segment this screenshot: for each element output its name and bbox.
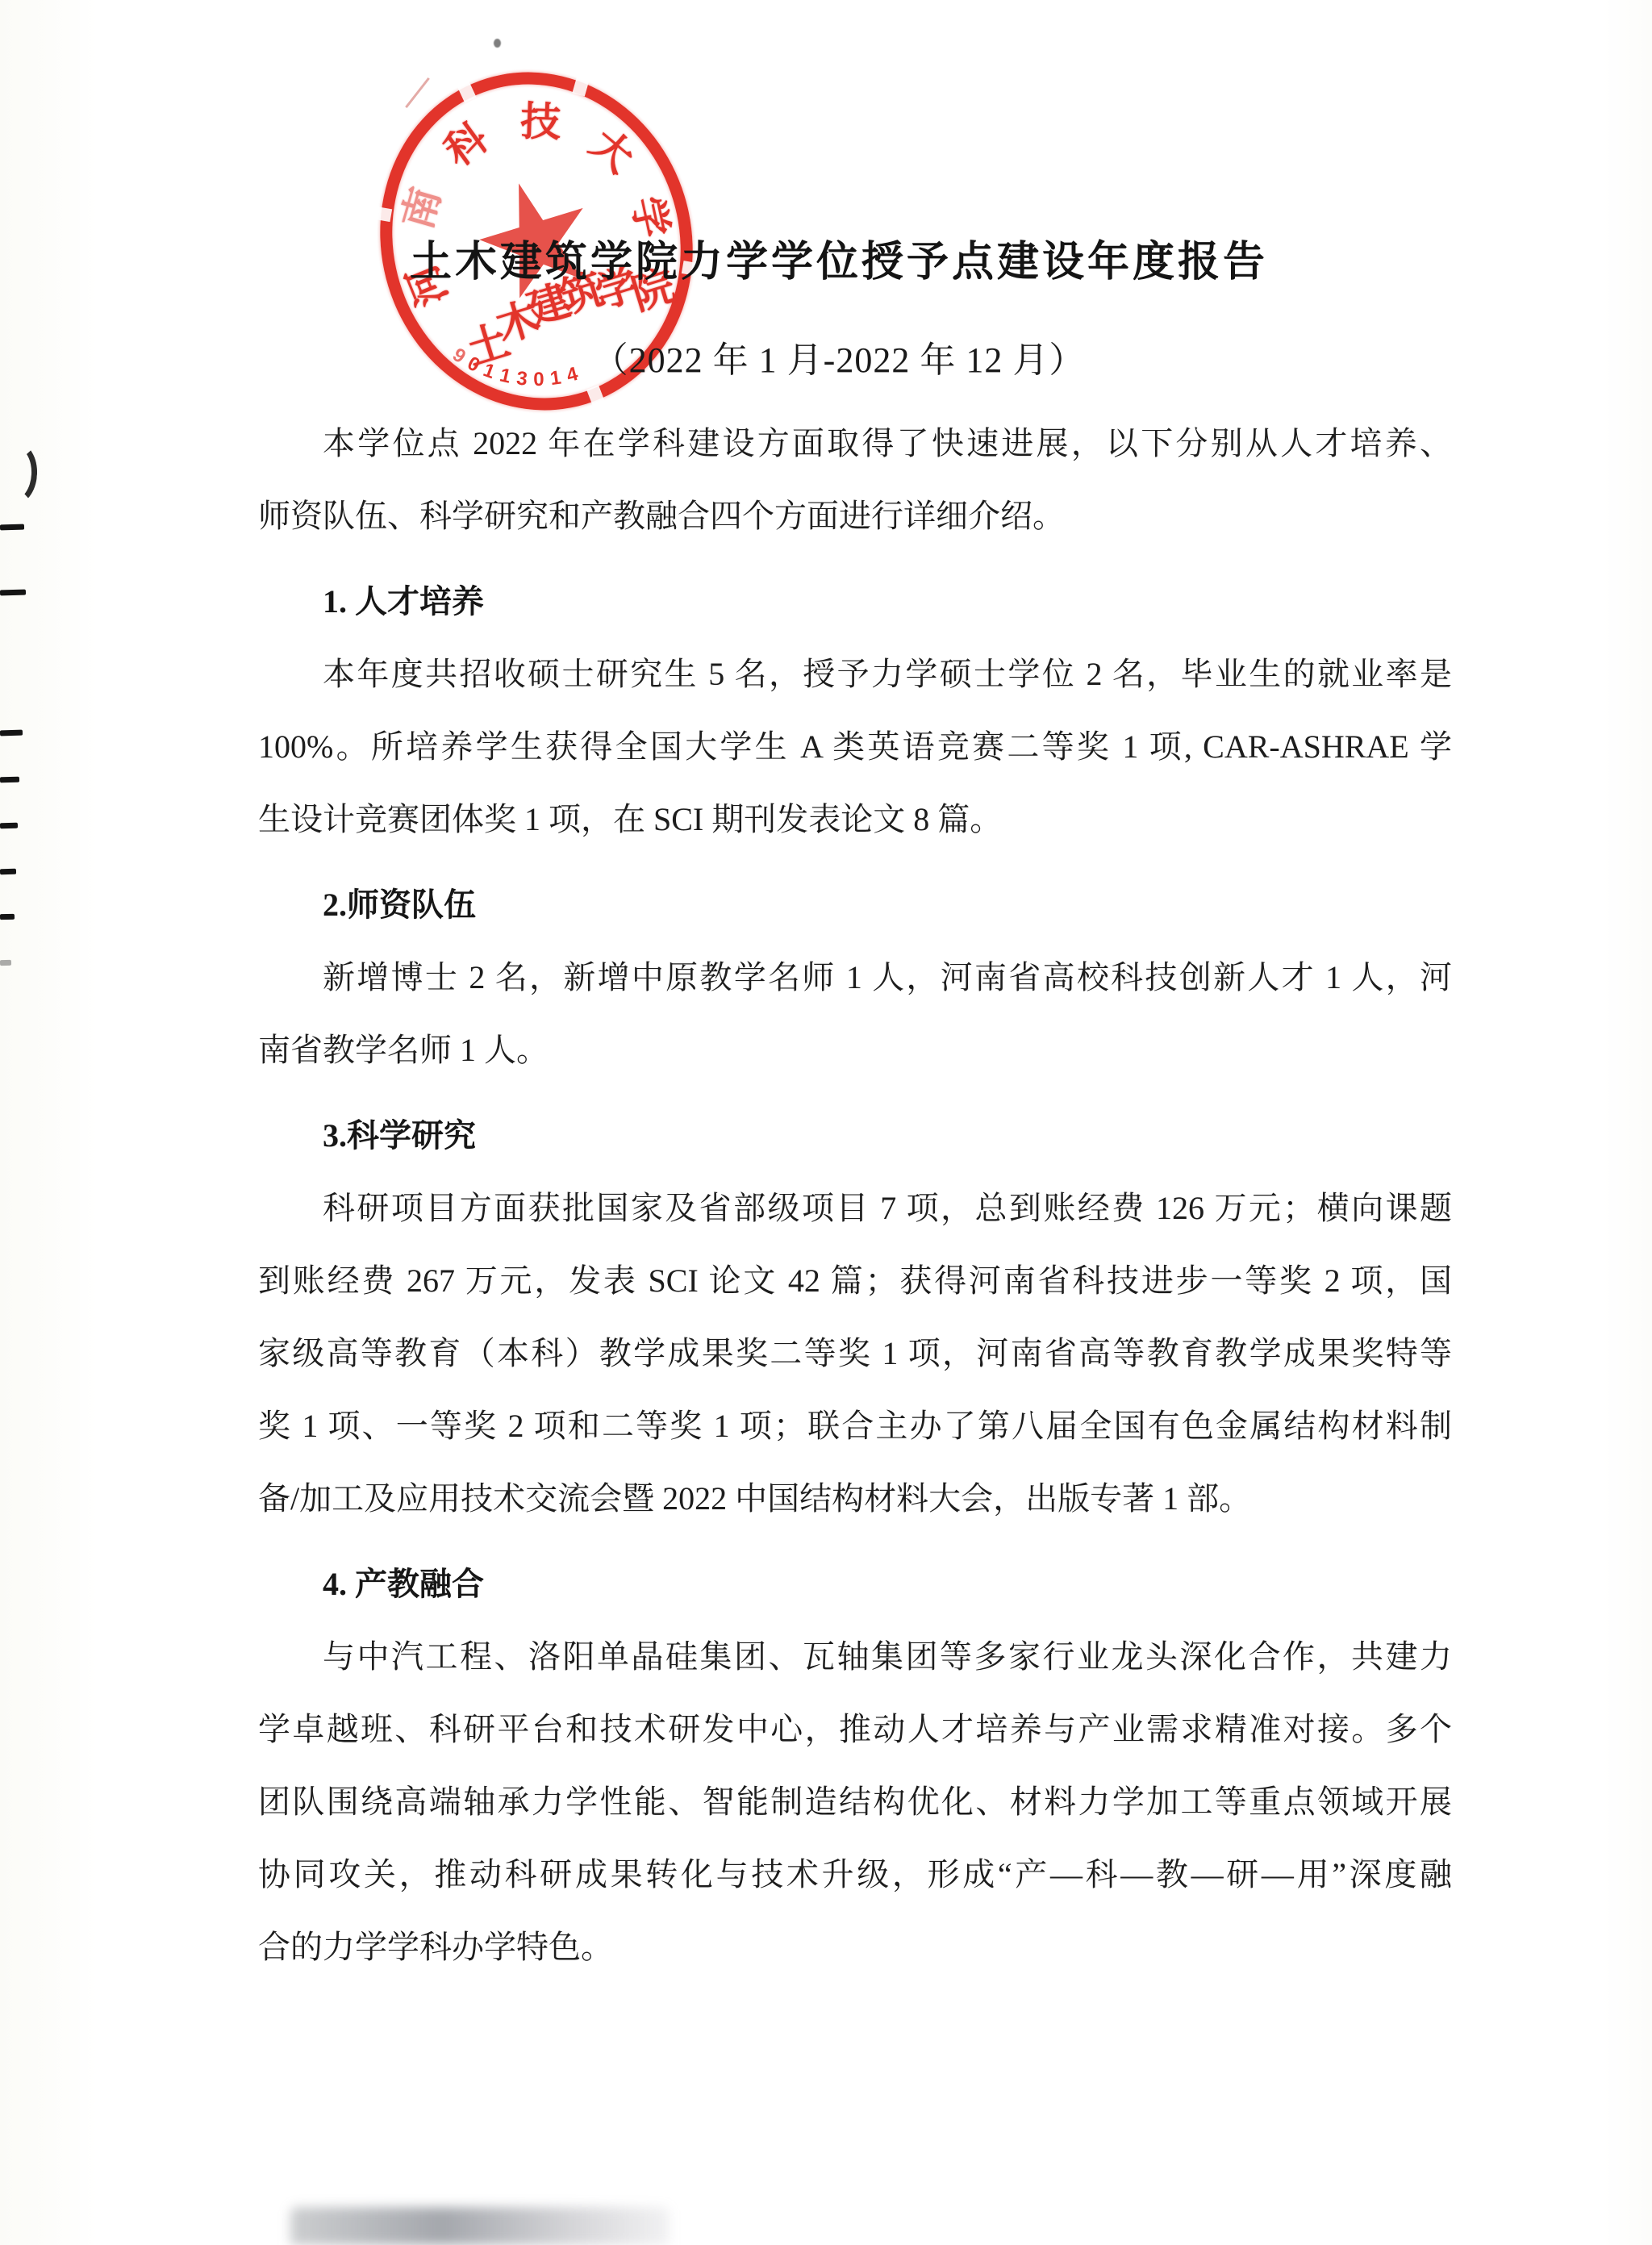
scan-artifact-dash — [0, 823, 18, 829]
section-4-line: 合的力学学科办学特色。 — [258, 1911, 1452, 1984]
section-3-line: 到账经费 267 万元，发表 SCI 论文 42 篇；获得河南省科技进步一等奖 … — [258, 1245, 1452, 1317]
section-2-line: 南省教学名师 1 人。 — [258, 1014, 1452, 1087]
section-4-heading: 4. 产教融合 — [258, 1548, 1452, 1621]
scan-artifact-dash — [0, 524, 24, 531]
page-title: 土木建筑学院力学学位授予点建设年度报告 — [242, 227, 1436, 288]
section-3-heading: 3.科学研究 — [258, 1100, 1452, 1172]
section-3-line: 奖 1 项、一等奖 2 项和二等奖 1 项；联合主办了第八届全国有色金属结构材料… — [258, 1390, 1452, 1463]
ink-speck — [494, 39, 501, 48]
section-2-heading: 2.师资队伍 — [258, 869, 1452, 941]
section-1-line: 生设计竞赛团体奖 1 项，在 SCI 期刊发表论文 8 篇。 — [258, 783, 1452, 856]
document-content: 土木建筑学院力学学位授予点建设年度报告 （2022 年 1 月-2022 年 1… — [0, 0, 1652, 2245]
scan-artifact-dash — [0, 914, 15, 920]
intro-line: 本学位点 2022 年在学科建设方面取得了快速进展，以下分别从人才培养、 — [258, 407, 1452, 480]
scan-smudge-bottom — [290, 2207, 670, 2245]
section-3-line: 备/加工及应用技术交流会暨 2022 中国结构材料大会，出版专著 1 部。 — [258, 1463, 1452, 1535]
section-4-line: 与中汽工程、洛阳单晶硅集团、瓦轴集团等多家行业龙头深化合作，共建力 — [258, 1621, 1452, 1693]
section-1-heading: 1. 人才培养 — [258, 565, 1452, 638]
scanned-document-page: 河 南 科 技 大 学 土 木 建 筑 学 院 4 1 0 3 1 1 0 9 … — [0, 0, 1652, 2245]
section-4-line: 协同攻关，推动科研成果转化与技术升级，形成“产—科—教—研—用”深度融 — [258, 1838, 1452, 1911]
section-4-line: 团队围绕高端轴承力学性能、智能制造结构优化、材料力学加工等重点领域开展 — [258, 1766, 1452, 1838]
section-1-line: 本年度共招收硕士研究生 5 名，授予力学硕士学位 2 名，毕业生的就业率是 — [258, 638, 1452, 711]
section-3-line: 家级高等教育（本科）教学成果奖二等奖 1 项，河南省高等教育教学成果奖特等 — [258, 1317, 1452, 1390]
page-subtitle: （2022 年 1 月-2022 年 12 月） — [242, 331, 1436, 382]
intro-line: 师资队伍、科学研究和产教融合四个方面进行详细介绍。 — [258, 480, 1452, 553]
scan-artifact-dash — [0, 590, 26, 596]
scan-artifact-dash — [0, 960, 11, 966]
section-4-line: 学卓越班、科研平台和技术研发中心，推动人才培养与产业需求精准对接。多个 — [258, 1693, 1452, 1766]
section-2-line: 新增博士 2 名，新增中原教学名师 1 人，河南省高校科技创新人才 1 人，河 — [258, 941, 1452, 1014]
section-3-line: 科研项目方面获批国家及省部级项目 7 项，总到账经费 126 万元；横向课题 — [258, 1172, 1452, 1245]
scan-artifact-dash — [0, 869, 16, 875]
document-body: 本学位点 2022 年在学科建设方面取得了快速进展，以下分别从人才培养、 师资队… — [258, 407, 1452, 1984]
scan-artifact-dash — [0, 730, 23, 737]
scan-artifact-dash — [0, 777, 19, 783]
section-1-line: 100%。所培养学生获得全国大学生 A 类英语竞赛二等奖 1 项, CAR-AS… — [258, 711, 1452, 783]
